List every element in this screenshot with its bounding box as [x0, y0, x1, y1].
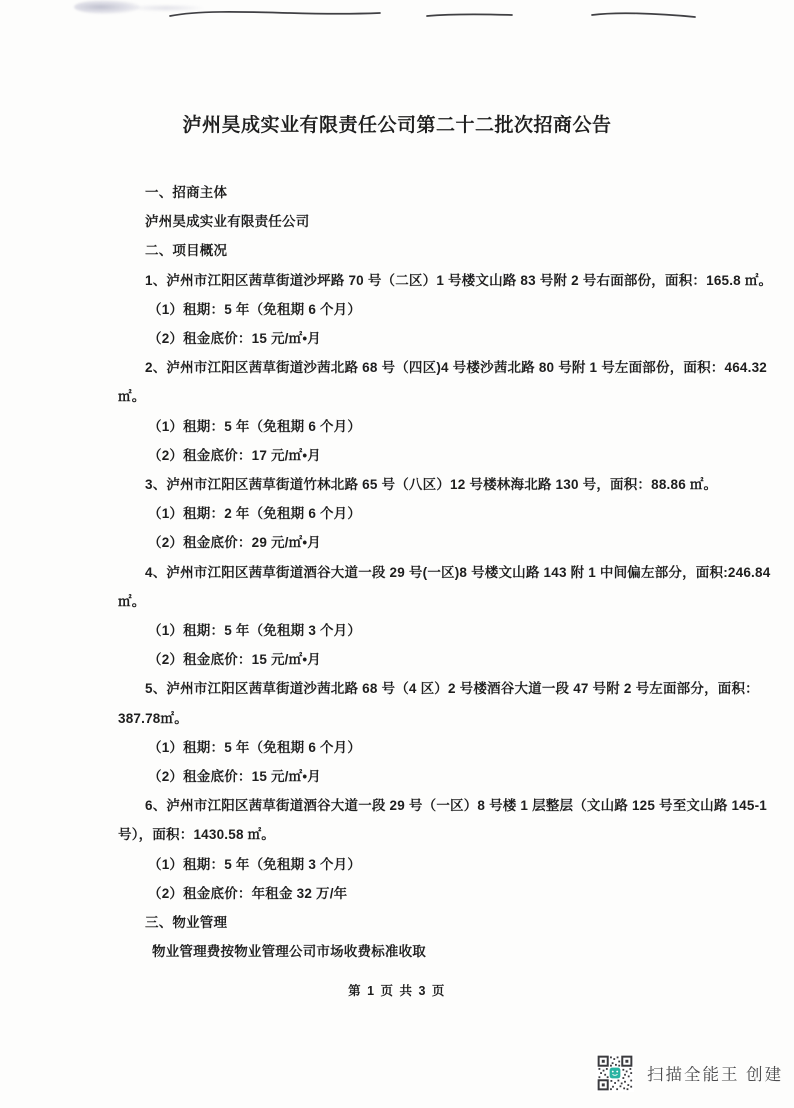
scan-artifact-lines: [160, 5, 720, 25]
doc-line-sub: （1）租期：2 年（免租期 6 个月）: [118, 499, 738, 528]
doc-line-note: 物业管理费按物业管理公司市场收费标准收取: [118, 937, 738, 966]
doc-line-sub: （1）租期：5 年（免租期 3 个月）: [118, 616, 738, 645]
doc-line-item: 1、泸州市江阳区茜草街道沙坪路 70 号（二区）1 号楼文山路 83 号附 2 …: [118, 266, 738, 295]
doc-line-sub: （1）租期：5 年（免租期 3 个月）: [118, 850, 738, 879]
watermark-label: 扫描全能王 创建: [647, 1061, 783, 1085]
doc-line-sub: （2）租金底价：29 元/㎡•月: [118, 528, 738, 557]
doc-line-sub: （2）租金底价：17 元/㎡•月: [118, 441, 738, 470]
doc-line-sub: （1）租期：5 年（免租期 6 个月）: [118, 733, 738, 762]
doc-line-sub: （2）租金底价：15 元/㎡•月: [118, 762, 738, 791]
document-body: 一、招商主体泸州昊成实业有限责任公司二、项目概况1、泸州市江阳区茜草街道沙坪路 …: [118, 178, 738, 966]
page-number: 第 1 页 共 3 页: [0, 981, 794, 999]
doc-line-sub: （1）租期：5 年（免租期 6 个月）: [118, 295, 738, 324]
doc-line-item: 2、泸州市江阳区茜草街道沙茜北路 68 号（四区)4 号楼沙茜北路 80 号附 …: [118, 353, 738, 382]
doc-line-sub: （2）租金底价：15 元/㎡•月: [118, 324, 738, 353]
doc-line-cont: 387.78㎡。: [118, 704, 738, 733]
doc-line-cont: 号），面积：1430.58 ㎡。: [118, 820, 738, 849]
doc-line-item: 4、泸州市江阳区茜草街道酒谷大道一段 29 号(一区)8 号楼文山路 143 附…: [118, 558, 738, 587]
doc-line-sub: （2）租金底价：15 元/㎡•月: [118, 645, 738, 674]
doc-line-item: 6、泸州市江阳区茜草街道酒谷大道一段 29 号（一区）8 号楼 1 层整层（文山…: [118, 791, 738, 820]
doc-line-sub: （2）租金底价：年租金 32 万/年: [118, 879, 738, 908]
qr-code-icon: [596, 1054, 634, 1092]
scanned-document-page: 泸州昊成实业有限责任公司第二十二批次招商公告 一、招商主体泸州昊成实业有限责任公…: [0, 0, 794, 1108]
doc-line-section: 二、项目概况: [118, 236, 738, 265]
doc-line-item: 3、泸州市江阳区茜草街道竹林北路 65 号（八区）12 号楼林海北路 130 号…: [118, 470, 738, 499]
document-title: 泸州昊成实业有限责任公司第二十二批次招商公告: [0, 110, 794, 137]
doc-line-cont: ㎡。: [118, 382, 738, 411]
doc-line-cont: ㎡。: [118, 587, 738, 616]
doc-line-section: 三、物业管理: [118, 908, 738, 937]
doc-line-section: 一、招商主体: [118, 178, 738, 207]
doc-line-item: 5、泸州市江阳区茜草街道沙茜北路 68 号（4 区）2 号楼酒谷大道一段 47 …: [118, 674, 738, 703]
scanner-watermark: 扫描全能王 创建: [596, 1054, 783, 1092]
scan-artifact-smudge: [74, 0, 140, 14]
doc-line-sub: （1）租期：5 年（免租期 6 个月）: [118, 412, 738, 441]
doc-line-item: 泸州昊成实业有限责任公司: [118, 207, 738, 236]
